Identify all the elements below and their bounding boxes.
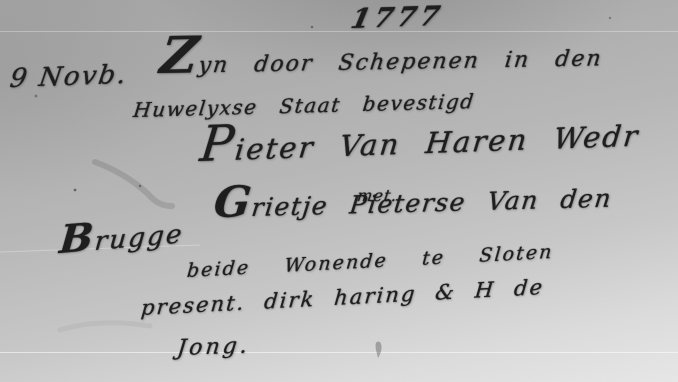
handwritten-line-formula-2: Huwelyxse Staat bevestigd xyxy=(132,89,476,122)
handwritten-line-groom-name: Pieter Van Haren Wedr xyxy=(198,119,641,168)
handwritten-line-bride-surname: Brugge xyxy=(58,219,185,260)
year-heading: 1777 xyxy=(348,1,447,35)
handwritten-line-witnesses-1: present. dirk haring & H de xyxy=(140,275,545,320)
margin-date: 9 Novb. xyxy=(8,60,130,94)
handwritten-line-witnesses-2: Jong. xyxy=(176,333,251,361)
scratch-line xyxy=(0,352,678,353)
scratch-line xyxy=(0,31,678,32)
handwritten-line-formula-1: Zyn door Schepenen in den xyxy=(158,46,604,79)
handwritten-line-residence: beide Wonende te Sloten xyxy=(186,241,554,282)
scanned-document-page: 1777 9 Novb. Zyn door Schepenen in den H… xyxy=(0,0,678,382)
handwritten-line-bride-name: Grietje Pieterse Van den xyxy=(212,184,614,223)
